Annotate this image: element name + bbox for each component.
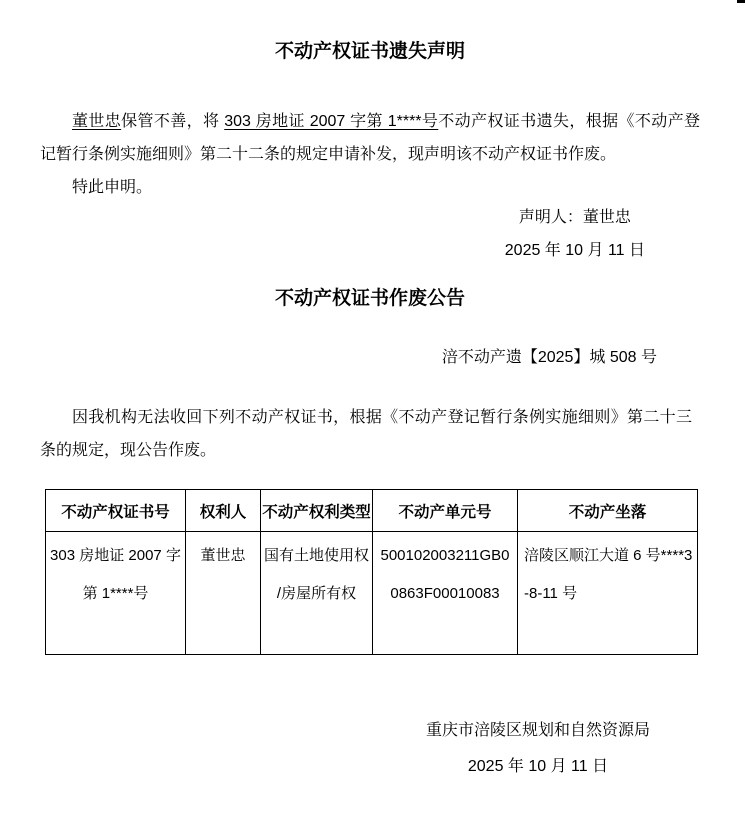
declarant-name: 董世忠	[72, 113, 121, 130]
header-unit-number: 不动产单元号	[373, 490, 518, 532]
header-location: 不动产坐落	[518, 490, 698, 532]
table-header-row: 不动产权证书号 权利人 不动产权利类型 不动产单元号 不动产坐落	[46, 490, 698, 532]
cell-right-type: 国有土地使用权 /房屋所有权	[261, 532, 373, 655]
cell-right-holder: 董世忠	[186, 532, 261, 655]
declaration-signature-block: 声明人：董世忠 2025 年 10 月 11 日	[505, 201, 645, 267]
declaration-paragraph: 董世忠保管不善，将 303 房地证 2007 字第 1****号不动产权证书遗失…	[40, 105, 700, 171]
issuer-name: 重庆市涪陵区规划和自然资源局	[426, 713, 650, 749]
issuer-signature-block: 重庆市涪陵区规划和自然资源局 2025 年 10 月 11 日	[426, 713, 650, 785]
header-right-holder: 权利人	[186, 490, 261, 532]
header-right-type: 不动产权利类型	[261, 490, 373, 532]
certificate-number-inline: 303 房地证 2007 字第 1****号	[224, 113, 438, 130]
cell-location: 涪陵区顺江大道 6 号****3 -8-11 号	[518, 532, 698, 655]
cell-certificate-number: 303 房地证 2007 字 第 1****号	[46, 532, 186, 655]
notice-paragraph: 因我机构无法收回下列不动产权证书，根据《不动产登记暂行条例实施细则》第二十三条的…	[40, 401, 700, 467]
notice-title: 不动产权证书作废公告	[40, 285, 700, 313]
table-row: 303 房地证 2007 字 第 1****号 董世忠 国有土地使用权 /房屋所…	[46, 532, 698, 655]
declarant-signature: 声明人：董世忠	[505, 201, 645, 234]
declaration-closing: 特此申明。	[40, 171, 700, 204]
corner-mark	[737, 0, 745, 3]
document-page: 不动产权证书遗失声明 董世忠保管不善，将 303 房地证 2007 字第 1**…	[0, 0, 745, 818]
header-certificate-number: 不动产权证书号	[46, 490, 186, 532]
declaration-text-segment: 保管不善，将	[121, 113, 224, 130]
declaration-date: 2025 年 10 月 11 日	[505, 234, 645, 267]
cell-unit-number: 500102003211GB0 0863F00010083	[373, 532, 518, 655]
declaration-title: 不动产权证书遗失声明	[40, 38, 700, 66]
notice-date: 2025 年 10 月 11 日	[426, 749, 650, 785]
notice-doc-number: 涪不动产遗【2025】城 508 号	[40, 341, 700, 374]
certificate-table: 不动产权证书号 权利人 不动产权利类型 不动产单元号 不动产坐落 303 房地证…	[45, 489, 698, 655]
